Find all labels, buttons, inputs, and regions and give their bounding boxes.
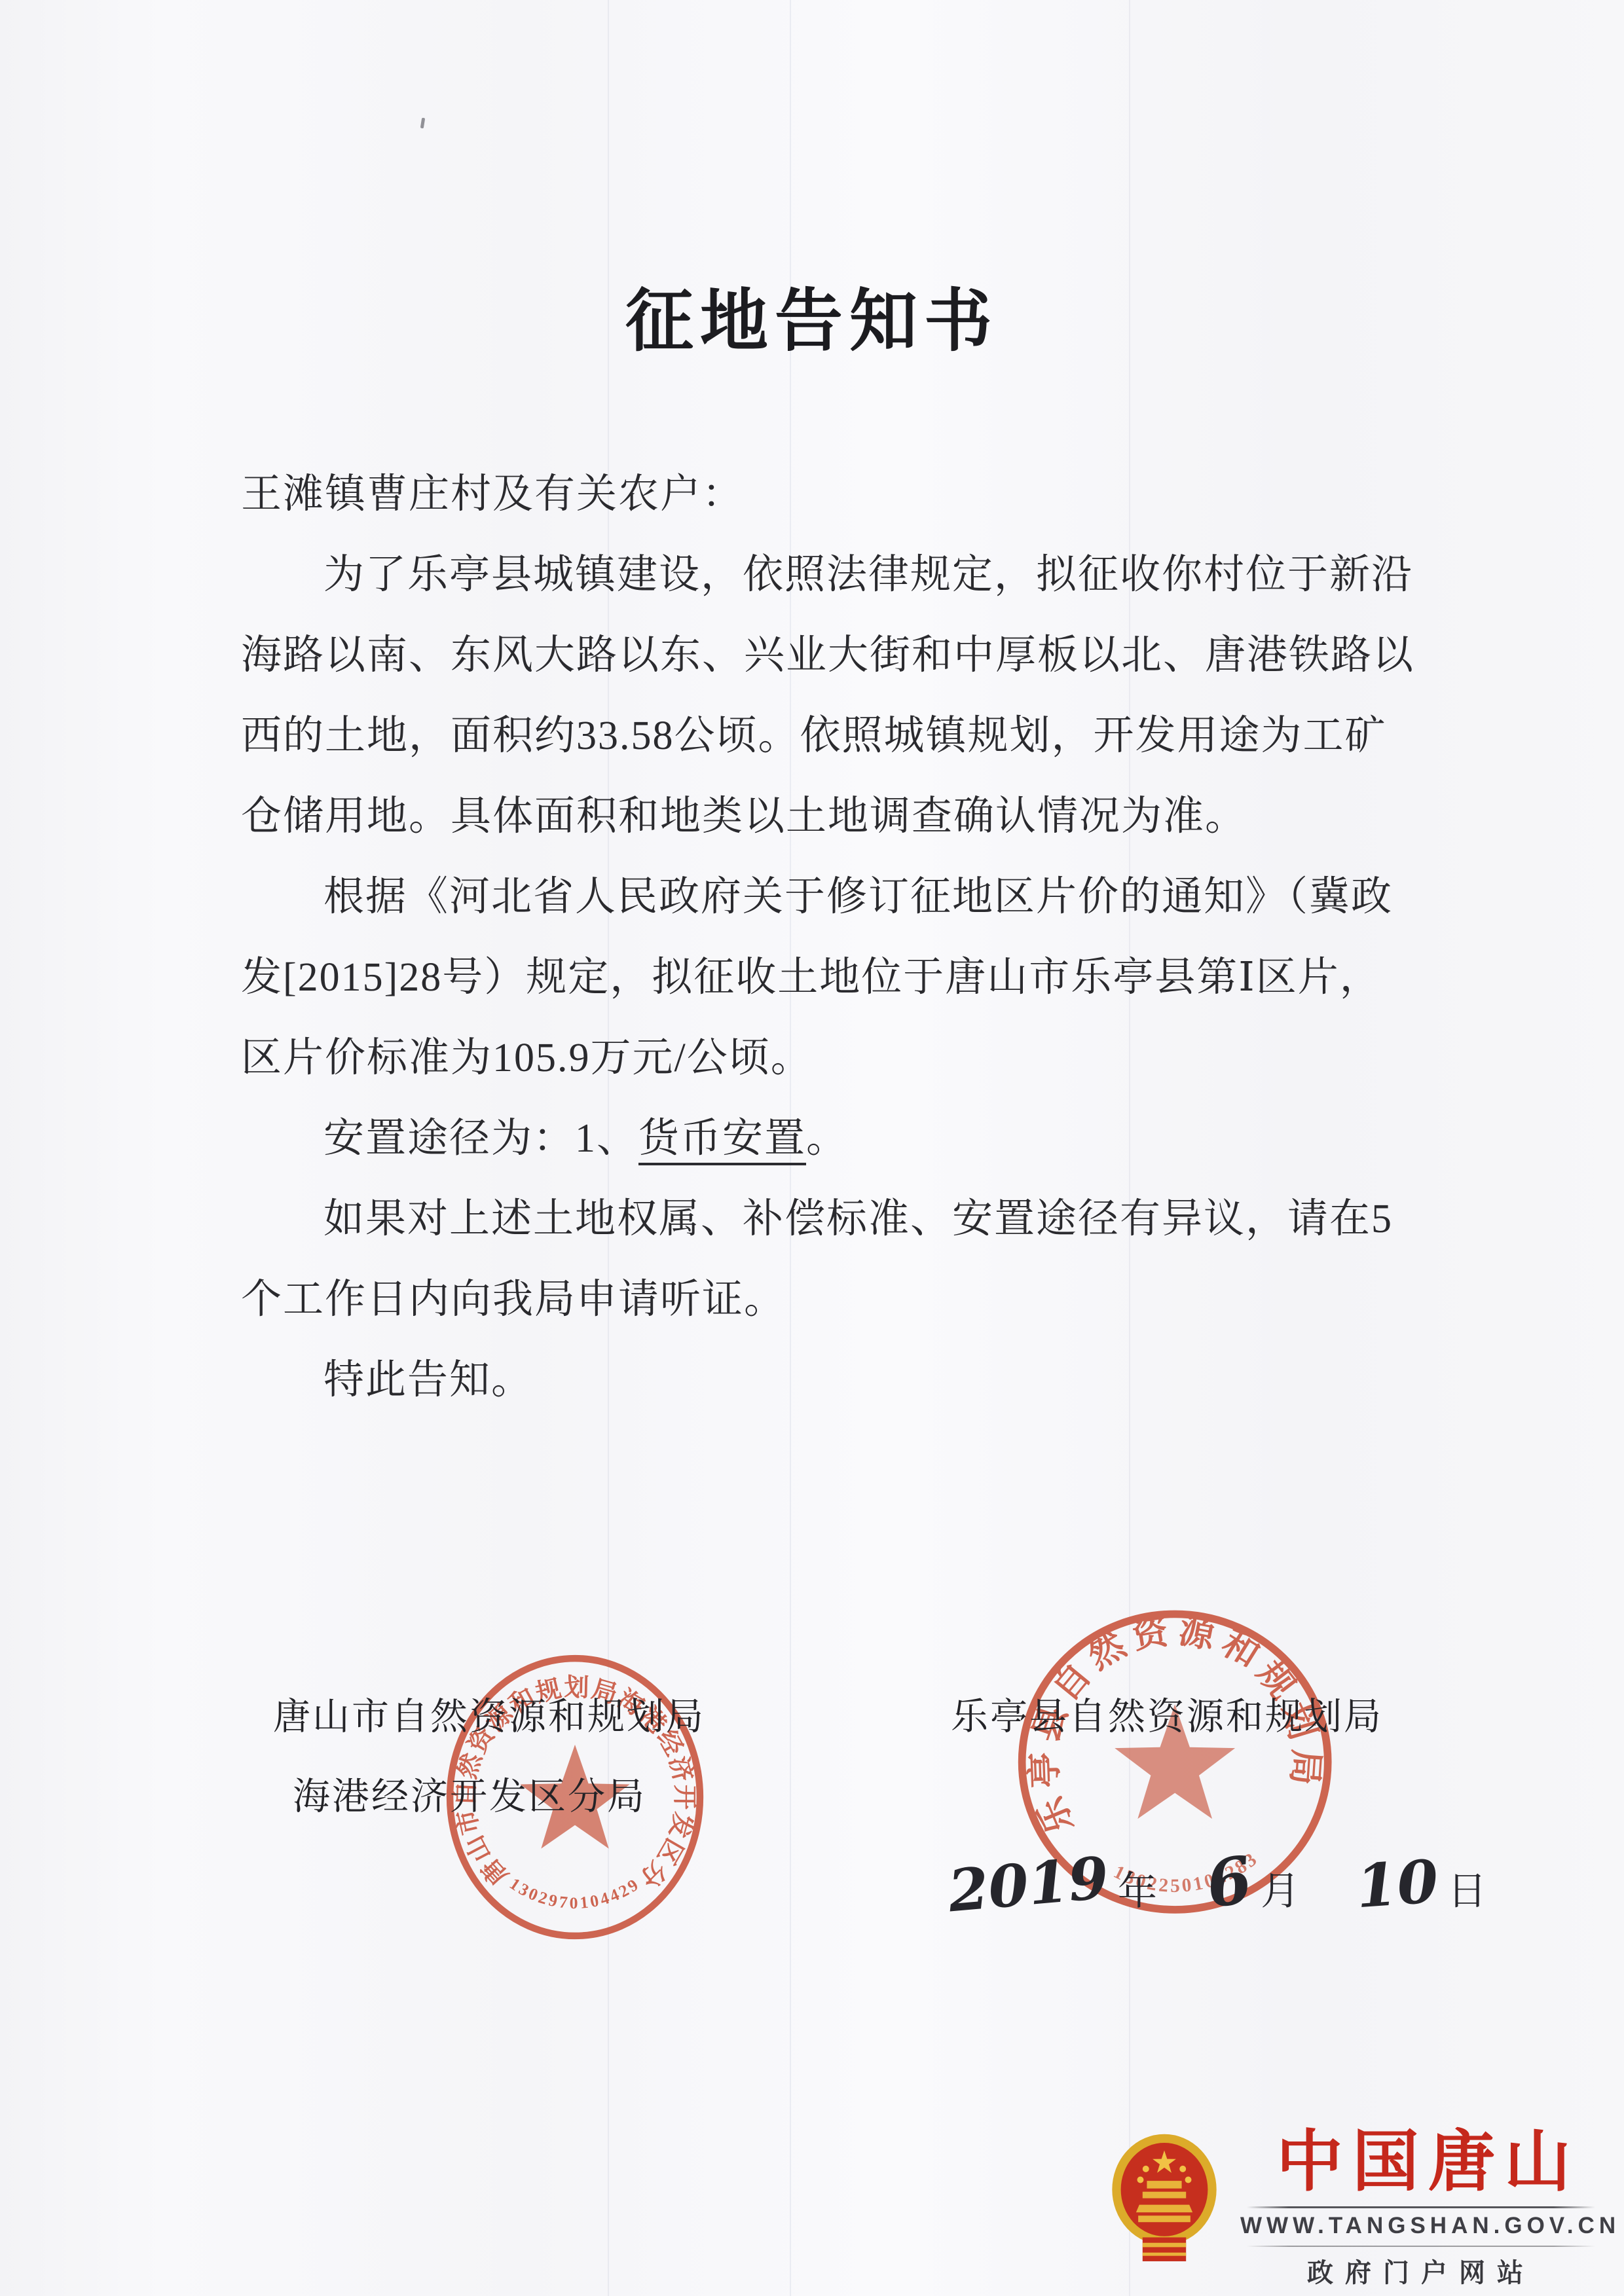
issuer-left-line1: 唐山市自然资源和规划局 [273,1686,666,1740]
issue-date: 2019 年 6 月 10 日 [948,1845,1488,1920]
day-label: 日 [1447,1860,1488,1916]
document-body: 王滩镇曹庄村及有关农户： 为了乐亭县城镇建设，依照法律规定，拟征收你村位于新沿 … [241,454,1433,1421]
seal-serial-number: 1302970104429 [506,1874,644,1912]
handwritten-year: 2019 [946,1844,1111,1925]
resettlement-method-underlined: 货币安置 [638,1116,806,1165]
salutation-line: 王滩镇曹庄村及有关农户： [241,454,1433,535]
divider [1247,2206,1595,2208]
resettlement-suffix: 。 [806,1116,848,1161]
scan-artifact-speck [420,118,425,129]
body-line-6: 根据《河北省人民政府关于修订征地区片价的通知》（冀政 [241,857,1433,938]
body-line-8: 区片价标准为105.9万元/公顷。 [241,1018,1433,1099]
year-label: 年 [1118,1860,1158,1916]
body-line-3: 海路以南、东风大路以东、兴业大街和中厚板以北、唐港铁路以 [241,615,1433,696]
site-url: WWW.TANGSHAN.GOV.CN [1240,2213,1602,2239]
issuer-right: 乐亭县自然资源和规划局 [951,1686,1344,1740]
body-line-7: 发[2015]28号）规定，拟征收土地位于唐山市乐亭县第Ⅰ区片， [241,938,1433,1018]
handwritten-month: 6 [1201,1842,1257,1923]
month-label: 月 [1261,1860,1301,1916]
body-line-5: 仓储用地。具体面积和地类以土地调查确认情况为准。 [241,776,1433,857]
resettlement-line: 安置途径为：1、货币安置。 [241,1099,1433,1179]
gov-portal-logo-block: 中国唐山 WWW.TANGSHAN.GOV.CN 政府门户网站 [1107,2125,1606,2286]
document-title: 征地告知书 [0,266,1624,364]
body-line-10: 如果对上述土地权属、补偿标准、安置途径有异议，请在5 [241,1179,1433,1260]
resettlement-prefix: 安置途径为：1、 [323,1116,638,1161]
handwritten-day: 10 [1354,1847,1441,1922]
divider [1247,2246,1595,2247]
issuer-left-line2: 海港经济开发区分局 [273,1766,666,1820]
body-line-2: 为了乐亭县城镇建设，依照法律规定，拟征收你村位于新沿 [241,535,1433,615]
svg-text:1302970104429: 1302970104429 [506,1874,644,1912]
body-line-4: 西的土地，面积约33.58公顷。依照城镇规划，开发用途为工矿 [241,696,1433,776]
scanned-document-page: 征地告知书 王滩镇曹庄村及有关农户： 为了乐亭县城镇建设，依照法律规定，拟征收你… [0,0,1624,2296]
body-line-11: 个工作日内向我局申请听证。 [241,1260,1433,1340]
site-brand-name: 中国唐山 [1256,2126,1600,2200]
site-tagline: 政府门户网站 [1240,2252,1602,2289]
body-line-12: 特此告知。 [241,1340,1433,1421]
china-national-emblem-icon [1110,2133,1219,2268]
